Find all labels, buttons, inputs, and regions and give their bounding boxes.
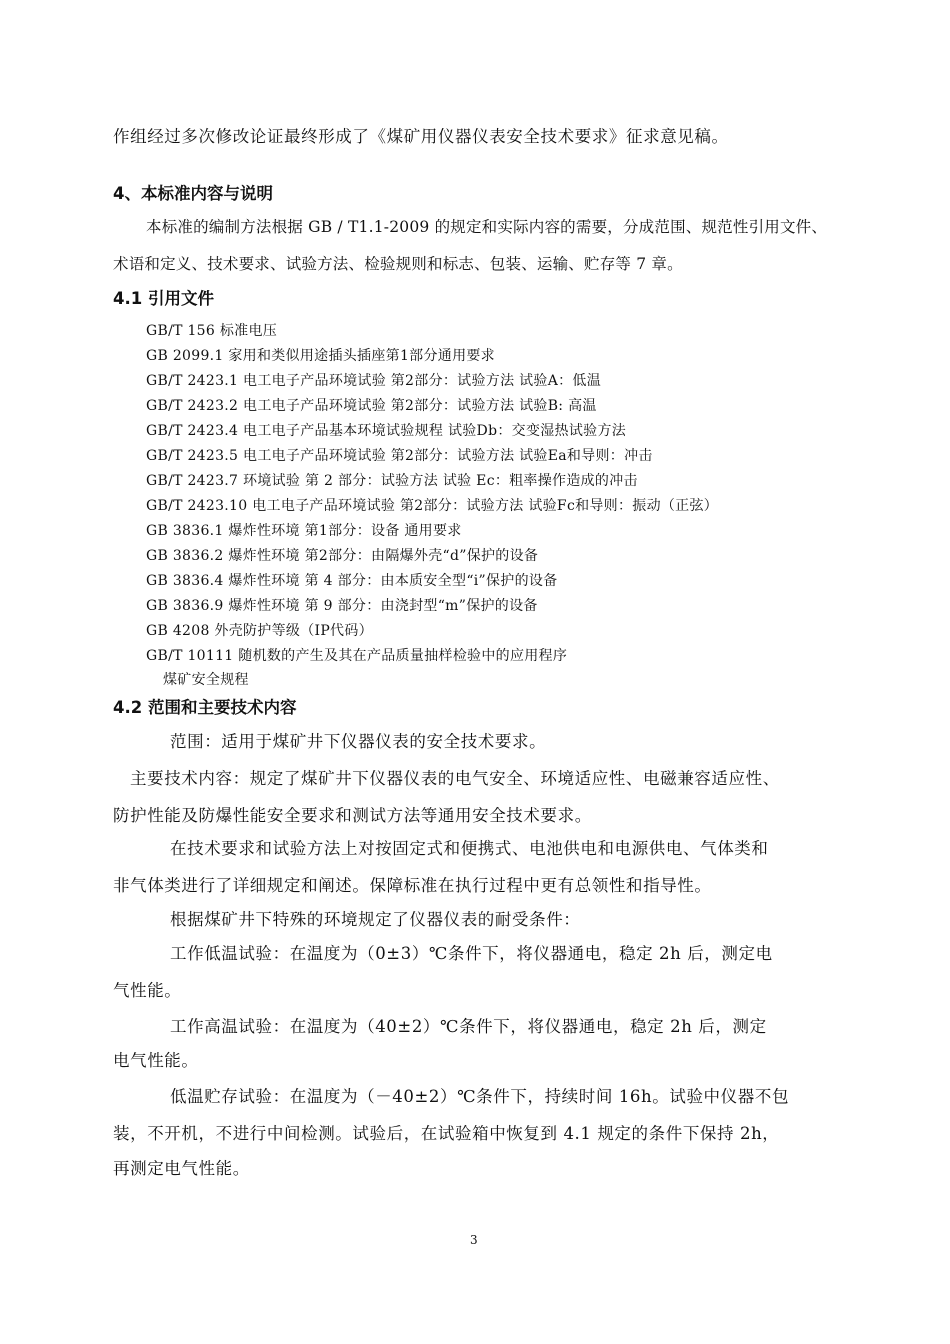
body-line: 主要技术内容：规定了煤矿井下仪器仪表的电气安全、环境适应性、电磁兼容适应性、 (130, 765, 780, 789)
section-4-heading: 4、本标准内容与说明 (113, 180, 273, 204)
body-line: 根据煤矿井下特殊的环境规定了仪器仪表的耐受条件： (170, 906, 580, 930)
body-line: 气性能。 (113, 977, 181, 1001)
section-4-paragraph-line-2: 术语和定义、技术要求、试验方法、检验规则和标志、包装、运输、贮存等 7 章。 (113, 252, 683, 274)
reference-item: GB/T 2423.5 电工电子产品环境试验 第2部分：试验方法 试验Ea和导则… (146, 445, 653, 465)
reference-item: GB/T 2423.7 环境试验 第 2 部分：试验方法 试验 Ec：粗率操作造… (146, 470, 638, 490)
body-line: 工作高温试验：在温度为（40±2）℃条件下，将仪器通电，稳定 2h 后，测定 (170, 1013, 767, 1037)
reference-item: GB 3836.4 爆炸性环境 第 4 部分：由本质安全型“i”保护的设备 (146, 570, 558, 590)
section-4-1-heading: 4.1 引用文件 (113, 285, 214, 309)
page-number: 3 (470, 1233, 478, 1247)
body-line: 低温贮存试验：在温度为（－40±2）℃条件下，持续时间 16h。试验中仪器不包 (170, 1083, 789, 1107)
reference-item: GB 3836.1 爆炸性环境 第1部分：设备 通用要求 (146, 520, 462, 540)
body-line: 再测定电气性能。 (113, 1155, 250, 1179)
reference-item: GB 4208 外壳防护等级（IP代码） (146, 620, 373, 640)
body-line: 电气性能。 (113, 1047, 199, 1071)
document-page: 作组经过多次修改论证最终形成了《煤矿用仪器仪表安全技术要求》征求意见稿。 4、本… (0, 0, 950, 1344)
reference-item: GB/T 10111 随机数的产生及其在产品质量抽样检验中的应用程序 (146, 645, 567, 665)
scope-line: 范围：适用于煤矿井下仪器仪表的安全技术要求。 (170, 728, 546, 752)
body-line: 在技术要求和试验方法上对按固定式和便携式、电池供电和电源供电、气体类和 (170, 835, 769, 859)
reference-item: GB/T 156 标准电压 (146, 320, 277, 340)
reference-item: GB/T 2423.4 电工电子产品基本环境试验规程 试验Db：交变湿热试验方法 (146, 420, 626, 440)
reference-item: GB/T 2423.1 电工电子产品环境试验 第2部分：试验方法 试验A：低温 (146, 370, 601, 390)
reference-item: 煤矿安全规程 (163, 669, 249, 689)
body-line: 工作低温试验：在温度为（0±3）℃条件下，将仪器通电，稳定 2h 后，测定电 (170, 940, 773, 964)
reference-item: GB 2099.1 家用和类似用途插头插座第1部分通用要求 (146, 345, 495, 365)
reference-item: GB/T 2423.10 电工电子产品环境试验 第2部分：试验方法 试验Fc和导… (146, 495, 718, 515)
body-line: 非气体类进行了详细规定和阐述。保障标准在执行过程中更有总领性和指导性。 (113, 872, 712, 896)
reference-item: GB 3836.2 爆炸性环境 第2部分：由隔爆外壳“d”保护的设备 (146, 545, 538, 565)
body-line: 装，不开机，不进行中间检测。试验后，在试验箱中恢复到 4.1 规定的条件下保持 … (113, 1120, 779, 1144)
body-line: 防护性能及防爆性能安全要求和测试方法等通用安全技术要求。 (113, 802, 592, 826)
reference-item: GB 3836.9 爆炸性环境 第 9 部分：由浇封型“m”保护的设备 (146, 595, 538, 615)
reference-item: GB/T 2423.2 电工电子产品环境试验 第2部分：试验方法 试验B: 高温 (146, 395, 597, 415)
intro-continuation: 作组经过多次修改论证最终形成了《煤矿用仪器仪表安全技术要求》征求意见稿。 (113, 123, 729, 147)
section-4-2-heading: 4.2 范围和主要技术内容 (113, 694, 296, 718)
section-4-paragraph-line-1: 本标准的编制方法根据 GB / T1.1-2009 的规定和实际内容的需要，分成… (146, 215, 827, 237)
